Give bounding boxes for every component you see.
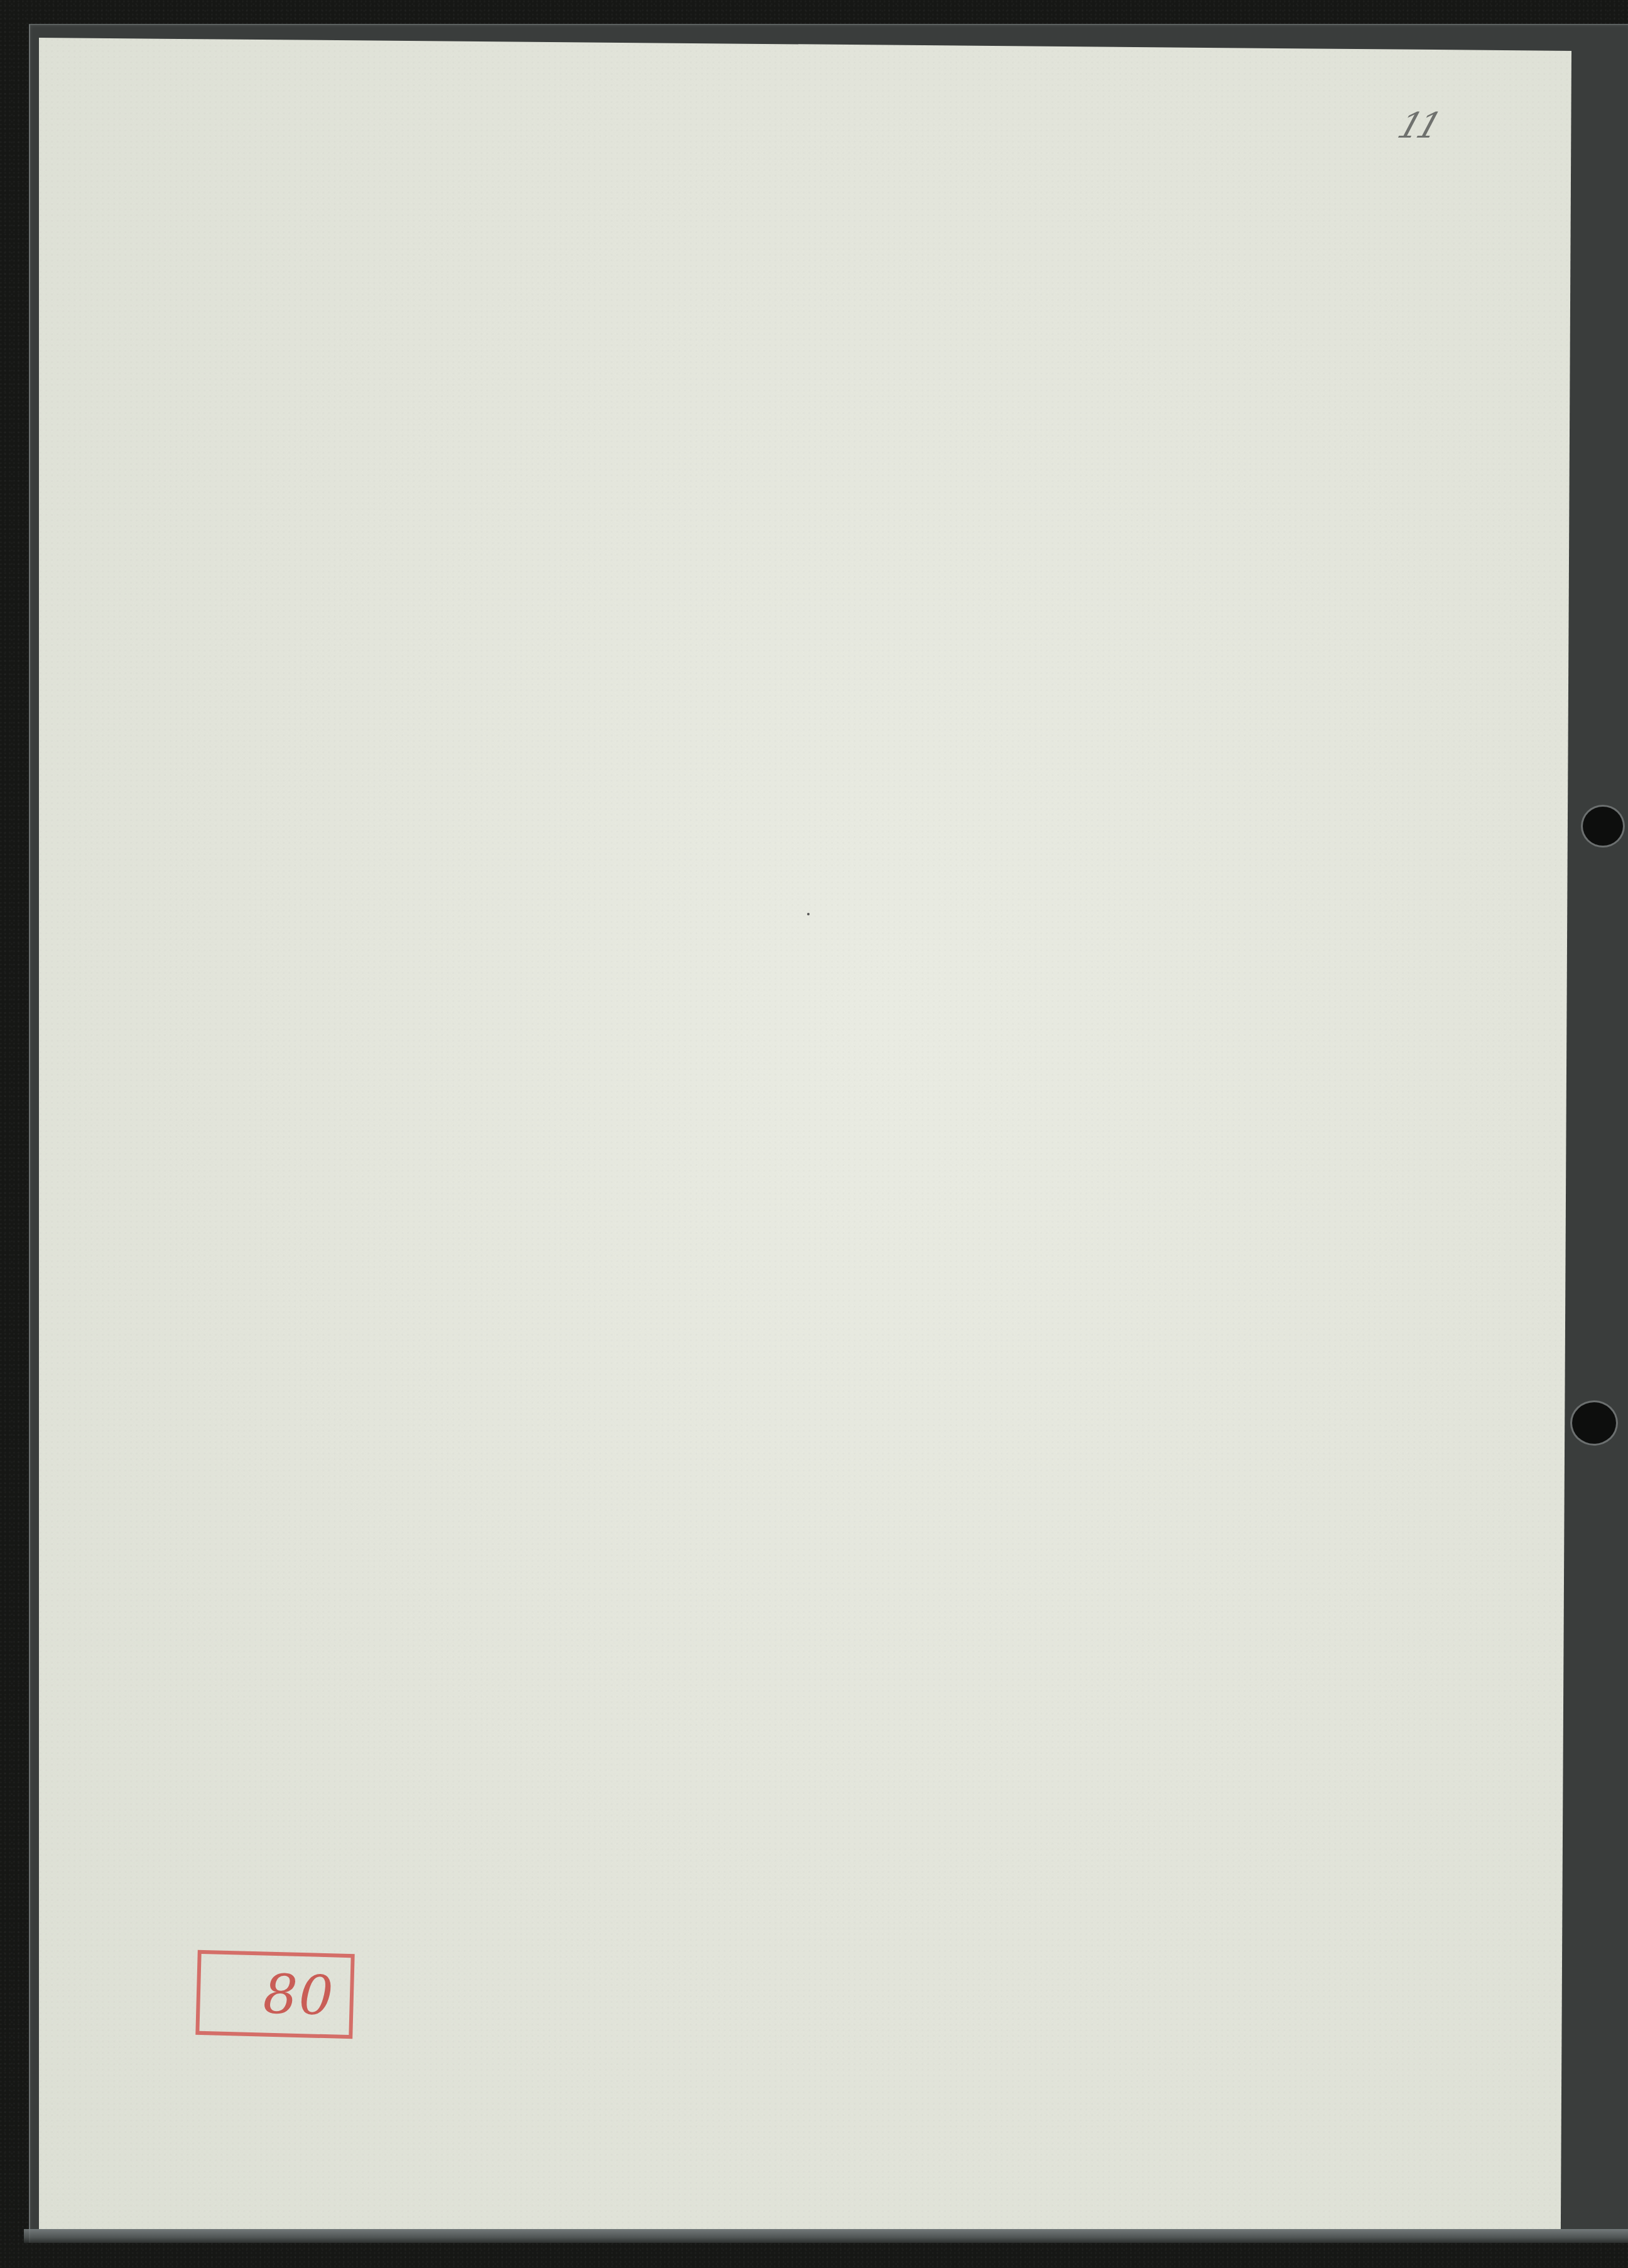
stamp-number: 80 xyxy=(263,1963,335,2028)
paper-speck xyxy=(807,913,810,915)
punch-hole-bottom xyxy=(1572,1402,1616,1444)
punch-hole-top xyxy=(1583,807,1623,846)
archive-stamp: 80 xyxy=(195,1950,354,2039)
paper-sheet xyxy=(39,38,1571,2229)
sleeve-bottom-edge xyxy=(24,2229,1628,2243)
